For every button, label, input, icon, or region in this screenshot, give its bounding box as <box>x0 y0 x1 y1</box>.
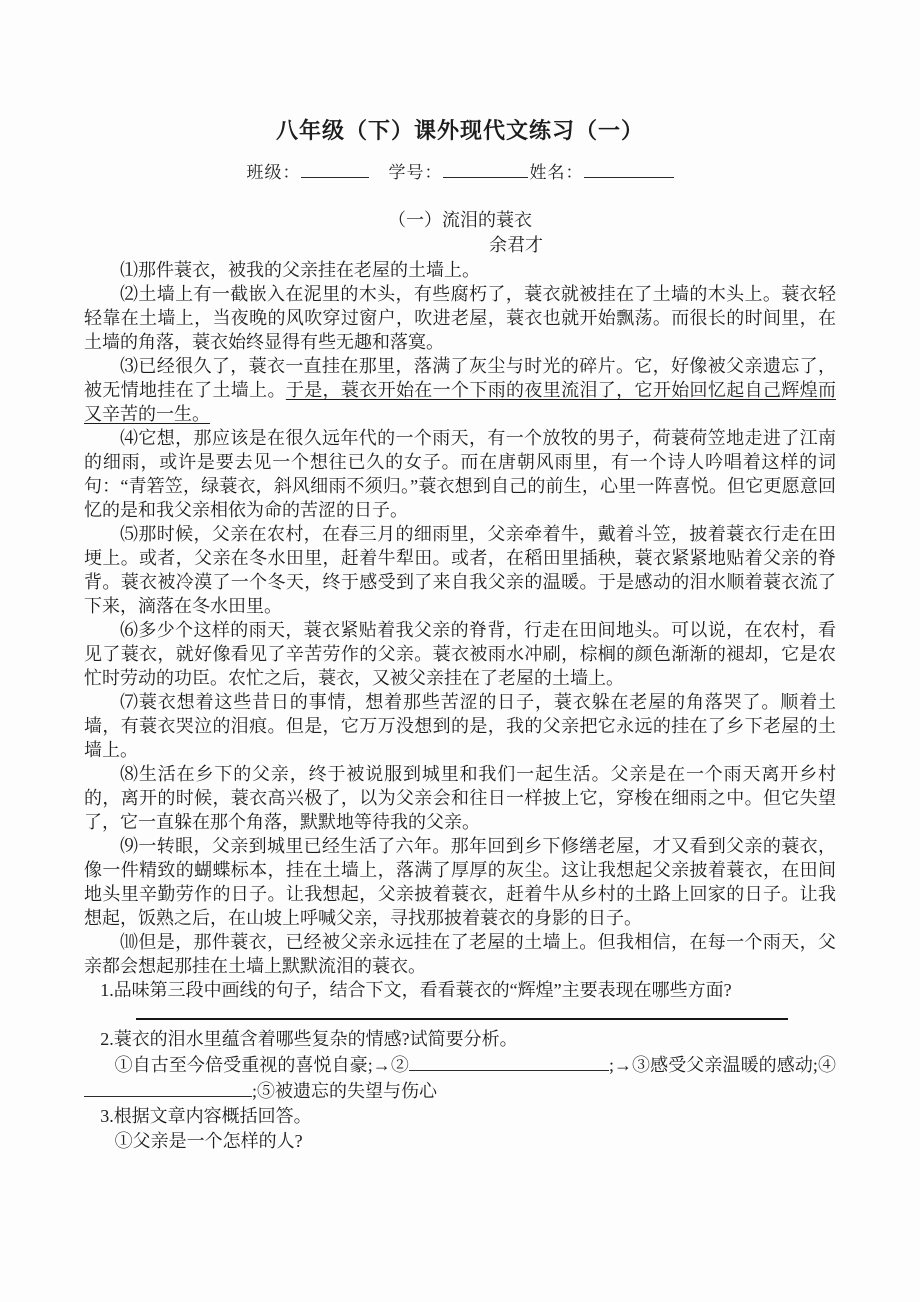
document-title: 八年级（下）课外现代文练习（一） <box>0 0 920 146</box>
worksheet-page: 八年级（下）课外现代文练习（一） 班级：学号：姓名： （一）流泪的蓑衣 余君才 … <box>0 0 920 1302</box>
class-blank <box>301 160 369 178</box>
paragraph-6: ⑹多少个这样的雨天，蓑衣紧贴着我父亲的脊背，行走在田间地头。可以说，在农村，看见… <box>84 618 836 690</box>
name-label: 姓名： <box>530 163 584 182</box>
question-3-sub-1: ①父亲是一个怎样的人? <box>84 1129 836 1154</box>
article-body: ⑴那件蓑衣，被我的父亲挂在老屋的土墙上。 ⑵土墙上有一截嵌入在泥里的木头，有些腐… <box>84 258 836 978</box>
paragraph-1: ⑴那件蓑衣，被我的父亲挂在老屋的土墙上。 <box>84 258 836 282</box>
paragraph-5: ⑸那时候，父亲在农村，在春三月的细雨里，父亲牵着牛，戴着斗笠，披着蓑衣行走在田埂… <box>84 522 836 618</box>
paragraph-8: ⑻生活在乡下的父亲，终于被说服到城里和我们一起生活。父亲是在一个雨天离开乡村的，… <box>84 762 836 834</box>
paragraph-9: ⑼一转眼，父亲到城里已经生活了六年。那年回到乡下修缮老屋，才又看到父亲的蓑衣，像… <box>84 834 836 930</box>
question-3: 3.根据文章内容概括回答。 <box>84 1104 836 1129</box>
paragraph-7: ⑺蓑衣想着这些昔日的事情，想着那些苦涩的日子，蓑衣躲在老屋的角落哭了。顺着土墙，… <box>84 690 836 762</box>
answer-divider-line <box>136 1018 788 1020</box>
q2-segment-1: ①自古至今倍受重视的喜悦自豪;→② <box>115 1055 409 1075</box>
question-2: 2.蓑衣的泪水里蕴含着哪些复杂的情感?试简要分析。 <box>84 1027 836 1052</box>
question-2-answer-chain: ①自古至今倍受重视的喜悦自豪;→②;→③感受父亲温暖的感动;④ ;⑤被遗忘的失望… <box>84 1052 836 1104</box>
article-section-title: （一）流泪的蓑衣 <box>0 208 920 233</box>
paragraph-3: ⑶已经很久了，蓑衣一直挂在那里，落满了灰尘与时光的碎片。它，好像被父亲遗忘了，被… <box>84 354 836 426</box>
question-1: 1.品味第三段中画线的句子，结合下文，看看蓑衣的“辉煌”主要表现在哪些方面? <box>84 978 836 1003</box>
student-id-label: 学号： <box>389 163 443 182</box>
paragraph-4: ⑷它想，那应该是在很久远年代的一个雨天，有一个放牧的男子，荷蓑荷笠地走进了江南的… <box>84 426 836 522</box>
q2-answer-blank-4 <box>84 1078 252 1097</box>
article-author: 余君才 <box>0 233 920 258</box>
q2-answer-blank-2 <box>409 1052 609 1071</box>
student-id-blank <box>443 160 528 178</box>
name-blank <box>584 160 674 178</box>
q2-segment-2: ;→③感受父亲温暖的感动;④ <box>609 1055 836 1075</box>
paragraph-2: ⑵土墙上有一截嵌入在泥里的木头，有些腐朽了，蓑衣就被挂在了土墙的木头上。蓑衣轻轻… <box>84 282 836 354</box>
student-info-line: 班级：学号：姓名： <box>0 160 920 185</box>
class-label: 班级： <box>247 163 301 182</box>
q2-segment-3: ;⑤被遗忘的失望与伤心 <box>252 1081 437 1101</box>
paragraph-10: ⑽但是，那件蓑衣，已经被父亲永远挂在了老屋的土墙上。但我相信，在每一个雨天，父亲… <box>84 930 836 978</box>
questions-section: 1.品味第三段中画线的句子，结合下文，看看蓑衣的“辉煌”主要表现在哪些方面? 2… <box>84 978 836 1154</box>
